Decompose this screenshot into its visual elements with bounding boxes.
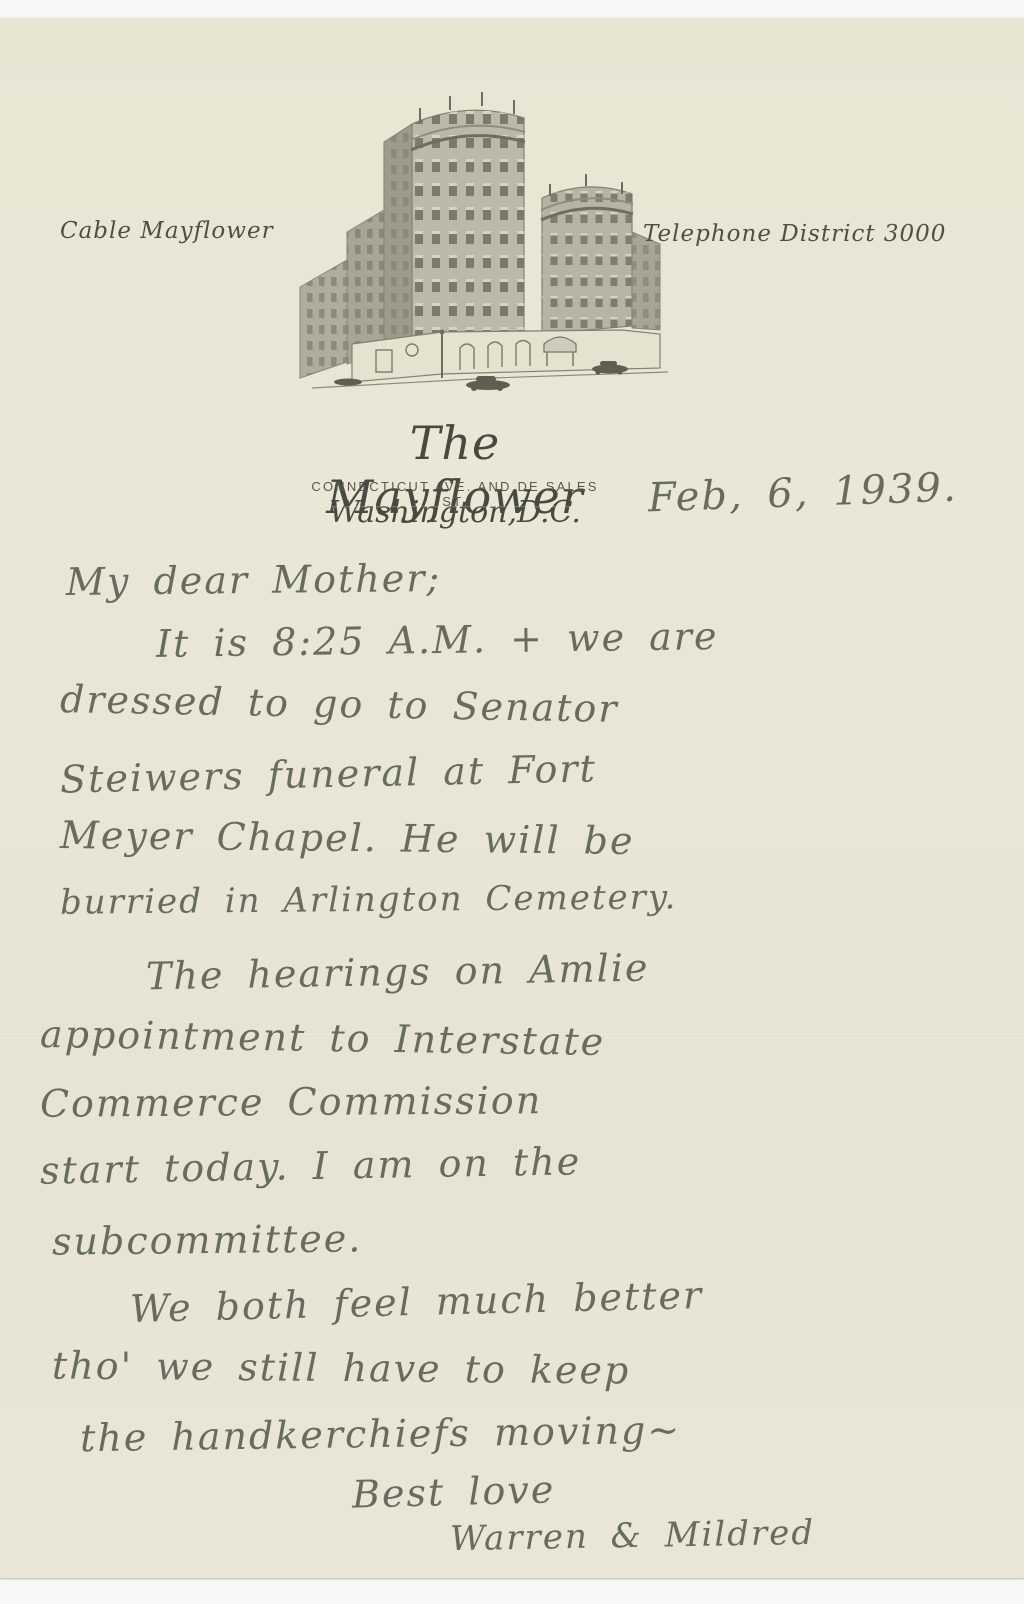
handwritten-date: Feb, 6, 1939. — [647, 465, 958, 522]
signature: Warren & Mildred — [450, 1513, 816, 1559]
salutation: My dear Mother; — [66, 556, 442, 604]
handwritten-line: subcommittee. — [52, 1216, 363, 1263]
handwritten-line: appointment to Interstate — [40, 1012, 606, 1064]
cable-address-label: Cable Mayflower — [60, 218, 274, 244]
handwritten-line: Commerce Commission — [40, 1078, 542, 1126]
handwritten-line: tho' we still have to keep — [52, 1343, 631, 1392]
closing: Best love — [351, 1467, 555, 1516]
hotel-building-illustration — [292, 82, 674, 400]
handwritten-line: We both feel much better — [130, 1273, 704, 1331]
hotel-city-line: Washington,D.C. — [320, 495, 590, 530]
handwritten-line: start today. I am on the — [40, 1139, 582, 1192]
telephone-label: Telephone District 3000 — [643, 221, 946, 247]
handwritten-line: The hearings on Amlie — [146, 946, 650, 999]
handwritten-line: It is 8:25 A.M. + we are — [156, 614, 719, 666]
handwritten-line: Steiwers funeral at Fort — [60, 746, 598, 801]
handwritten-line: the handkerchiefs moving~ — [80, 1408, 682, 1460]
letter-paper: Cable Mayflower Telephone District 3000 … — [0, 18, 1024, 1578]
handwritten-line: Meyer Chapel. He will be — [60, 813, 635, 863]
handwritten-line: dressed to go to Senator — [60, 677, 619, 731]
scanned-letter-page: Cable Mayflower Telephone District 3000 … — [0, 0, 1024, 1604]
handwritten-line: burried in Arlington Cemetery. — [60, 877, 678, 922]
